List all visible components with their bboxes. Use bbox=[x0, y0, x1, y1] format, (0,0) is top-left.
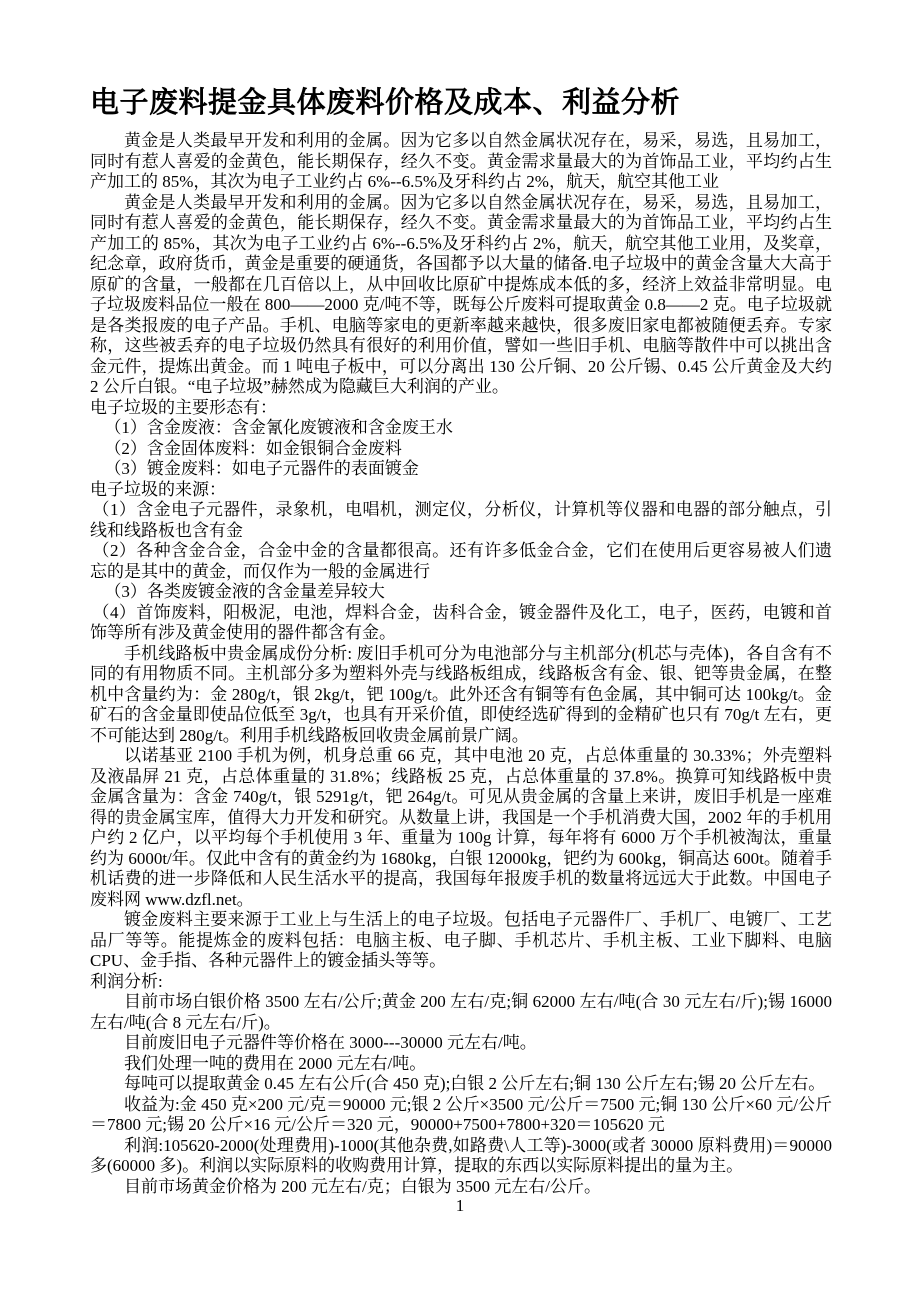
document-content: 电子废料提金具体废料价格及成本、利益分析 黄金是人类最早开发和利用的金属。因为它… bbox=[90, 84, 832, 1197]
paragraph: 手机线路板中贵金属成份分析: 废旧手机可分为电池部分与主机部分(机芯与壳体)，各… bbox=[90, 644, 832, 747]
list-item: （1）含金电子元器件，录象机，电唱机，测定仪，分析仪，计算机等仪器和电器的部分触… bbox=[90, 500, 832, 541]
paragraph: 目前市场白银价格 3500 左右/公斤;黄金 200 左右/克;铜 62000 … bbox=[90, 992, 832, 1033]
list-item: （3）镀金废料：如电子元器件的表面镀金 bbox=[90, 459, 832, 480]
section-heading: 利润分析: bbox=[90, 972, 832, 993]
paragraph: 每吨可以提取黄金 0.45 左右公斤(合 450 克);白银 2 公斤左右;铜 … bbox=[90, 1074, 832, 1095]
paragraph: 利润:105620-2000(处理费用)-1000(其他杂费,如路费\人工等)-… bbox=[90, 1136, 832, 1177]
list-item: （2）各种含金合金，合金中金的含量都很高。还有许多低金合金，它们在使用后更容易被… bbox=[90, 541, 832, 582]
paragraph: 镀金废料主要来源于工业上与生活上的电子垃圾。包括电子元器件厂、手机厂、电镀厂、工… bbox=[90, 910, 832, 972]
paragraph: 我们处理一吨的费用在 2000 元左右/吨。 bbox=[90, 1054, 832, 1075]
paragraph: 黄金是人类最早开发和利用的金属。因为它多以自然金属状况存在，易采，易选，且易加工… bbox=[90, 193, 832, 398]
list-item: （4）首饰废料，阳极泥，电池，焊料合金，齿科合金，镀金器件及化工，电子，医药，电… bbox=[90, 603, 832, 644]
section-heading: 电子垃圾的来源： bbox=[90, 480, 832, 501]
paragraph: 目前市场黄金价格为 200 元左右/克；白银为 3500 元左右/公斤。 bbox=[90, 1177, 832, 1198]
paragraph: 以诺基亚 2100 手机为例，机身总重 66 克，其中电池 20 克，占总体重量… bbox=[90, 746, 832, 910]
paragraph: 收益为:金 450 克×200 元/克＝90000 元;银 2 公斤×3500 … bbox=[90, 1095, 832, 1136]
list-item: （3）各类废镀金液的含金量差异较大 bbox=[90, 582, 832, 603]
paragraph: 黄金是人类最早开发和利用的金属。因为它多以自然金属状况存在，易采，易选，且易加工… bbox=[90, 131, 832, 193]
document-title: 电子废料提金具体废料价格及成本、利益分析 bbox=[90, 84, 832, 122]
list-item: （1）含金废液：含金氰化废镀液和含金废王水 bbox=[90, 418, 832, 439]
list-item: （2）含金固体废料：如金银铜合金废料 bbox=[90, 439, 832, 460]
paragraph: 目前废旧电子元器件等价格在 3000---30000 元左右/吨。 bbox=[90, 1033, 832, 1054]
page-number: 1 bbox=[0, 1196, 920, 1216]
document-page: 电子废料提金具体废料价格及成本、利益分析 黄金是人类最早开发和利用的金属。因为它… bbox=[0, 0, 920, 1302]
section-heading: 电子垃圾的主要形态有： bbox=[90, 398, 832, 419]
